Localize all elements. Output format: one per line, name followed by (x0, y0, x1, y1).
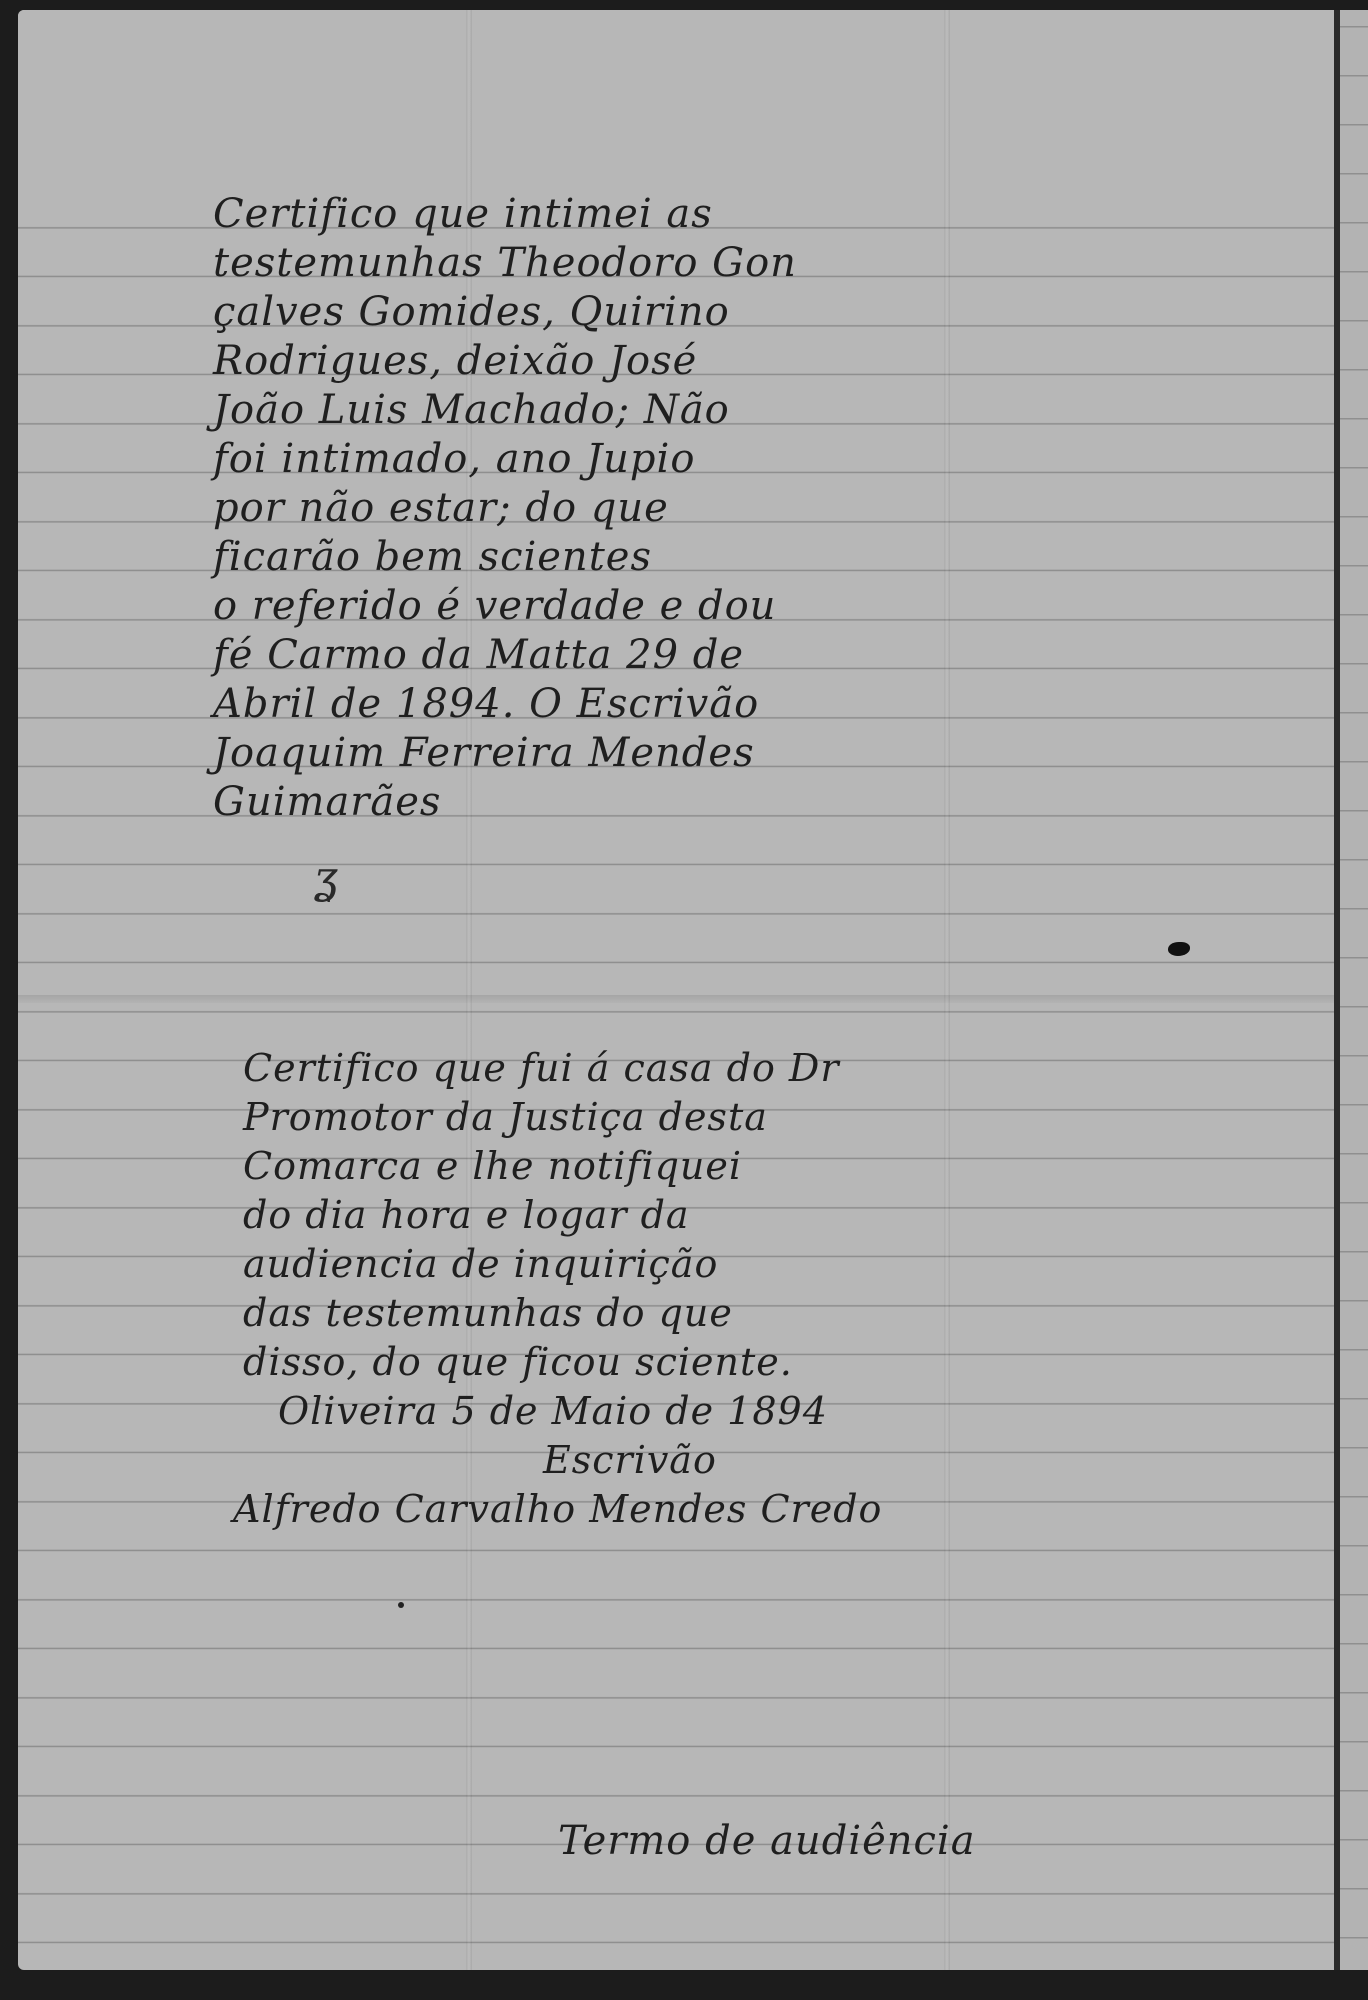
certificate-2-line: Certifico que fui á casa do Dr (243, 1044, 840, 1093)
scanned-document: Certifico que intimei as testemunhas The… (0, 0, 1368, 2000)
paper-fold-horizontal (18, 995, 1334, 1003)
certificate-1-line: Joaquim Ferreira Mendes (213, 729, 755, 778)
lined-paper-page: Certifico que intimei as testemunhas The… (18, 10, 1334, 1970)
certificate-2-line: das testemunhas do que (243, 1289, 733, 1338)
certificate-1-line: Rodrigues, deixão José (213, 337, 697, 386)
certificate-1-line: foi intimado, ano Jupio (213, 435, 695, 484)
certificate-2-place-date: Oliveira 5 de Maio de 1894 (278, 1387, 828, 1436)
certificate-2-line: audiencia de inquirição (243, 1240, 718, 1289)
ink-dot (398, 1602, 404, 1608)
certificate-1-line: çalves Gomides, Quirino (213, 288, 730, 337)
certificate-1-line: Certifico que intimei as (213, 190, 713, 239)
certificate-2-line: do dia hora e logar da (243, 1191, 690, 1240)
certificate-1-line: João Luis Machado; Não (213, 386, 730, 435)
closing-heading: Termo de audiência (558, 1818, 976, 1864)
certificate-1-line: testemunhas Theodoro Gon (213, 239, 797, 288)
signature-flourish-icon: ʓ (313, 852, 338, 903)
certificate-1-line: por não estar; do que (213, 484, 669, 533)
certificate-2-line: disso, do que ficou sciente. (243, 1338, 793, 1387)
certificate-1-line: Abril de 1894. O Escrivão (213, 680, 759, 729)
paper-fold-vertical-right (944, 10, 950, 1970)
adjacent-page-edge (1340, 10, 1368, 1970)
certificate-1-line: ficarão bem scientes (213, 533, 652, 582)
certificate-1-line: o referido é verdade e dou (213, 582, 776, 631)
certificate-2-line: Promotor da Justiça desta (243, 1093, 768, 1142)
certificate-2-signature: Alfredo Carvalho Mendes Credo (233, 1485, 882, 1534)
certificate-2-line: Comarca e lhe notifiquei (243, 1142, 742, 1191)
certificate-1-line: Guimarães (213, 778, 441, 827)
certificate-1-line: fé Carmo da Matta 29 de (213, 631, 744, 680)
certificate-2-role: Escrivão (543, 1436, 717, 1485)
